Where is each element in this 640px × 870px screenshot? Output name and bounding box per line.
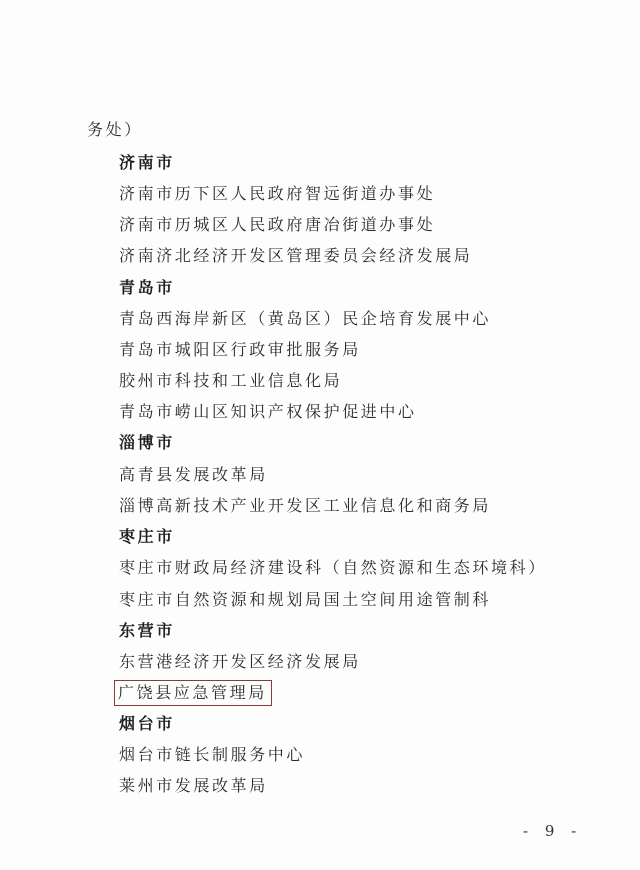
city-heading-jinan: 济南市 — [119, 153, 175, 173]
list-item: 烟台市链长制服务中心 — [119, 745, 305, 765]
page-number: - 9 - — [523, 822, 582, 840]
list-item: 青岛市崂山区知识产权保护促进中心 — [119, 402, 417, 422]
list-item: 莱州市发展改革局 — [119, 776, 268, 796]
list-item: 青岛西海岸新区（黄岛区）民企培育发展中心 — [119, 309, 491, 329]
list-item: 济南济北经济开发区管理委员会经济发展局 — [119, 246, 472, 266]
highlighted-list-item: 广饶县应急管理局 — [115, 681, 271, 705]
city-heading-zibo: 淄博市 — [119, 433, 175, 453]
city-heading-zaozhuang: 枣庄市 — [119, 527, 175, 547]
list-item: 枣庄市自然资源和规划局国土空间用途管制科 — [119, 590, 491, 610]
list-item: 淄博高新技术产业开发区工业信息化和商务局 — [119, 496, 491, 516]
continuation-text: 务处） — [87, 120, 143, 140]
list-item: 东营港经济开发区经济发展局 — [119, 652, 361, 672]
list-item: 济南市历城区人民政府唐冶街道办事处 — [119, 215, 435, 235]
city-heading-qingdao: 青岛市 — [119, 278, 175, 298]
city-heading-yantai: 烟台市 — [119, 714, 175, 734]
list-item: 高青县发展改革局 — [119, 465, 268, 485]
list-item: 胶州市科技和工业信息化局 — [119, 371, 342, 391]
list-item: 枣庄市财政局经济建设科（自然资源和生态环境科） — [119, 558, 547, 578]
list-item: 济南市历下区人民政府智远街道办事处 — [119, 184, 435, 204]
list-item: 青岛市城阳区行政审批服务局 — [119, 340, 361, 360]
city-heading-dongying: 东营市 — [119, 621, 175, 641]
